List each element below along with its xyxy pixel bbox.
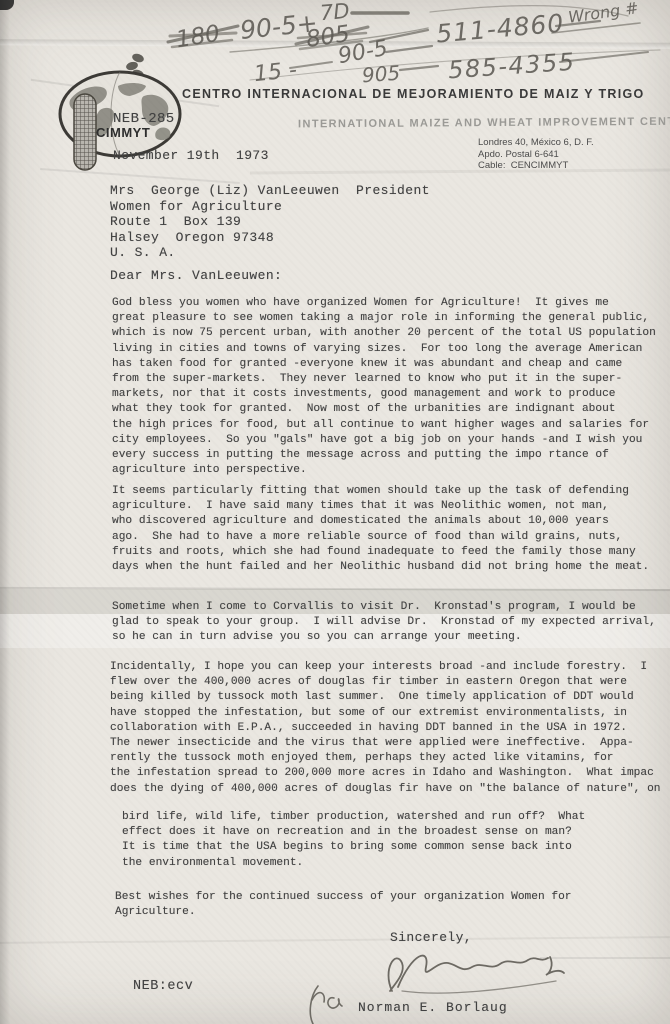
paragraph-4: Incidentally, I hope you can keep your i… xyxy=(110,660,668,797)
paragraph-6: Best wishes for the continued success of… xyxy=(115,890,655,920)
org-name-spanish: CENTRO INTERNACIONAL DE MEJORAMIENTO DE … xyxy=(182,87,645,101)
pencil-number-5: 905 xyxy=(361,61,401,88)
paragraph-2: It seems particularly fitting that women… xyxy=(112,484,664,575)
recipient-address-block: Mrs George (Liz) VanLeeuwen President Wo… xyxy=(110,183,430,261)
paragraph-5: bird life, wild life, timber production,… xyxy=(122,810,662,871)
pencil-crossed-number-1: 180 xyxy=(174,21,221,54)
org-name-english: INTERNATIONAL MAIZE AND WHEAT IMPROVEMEN… xyxy=(298,116,670,131)
pencil-phone-2: 585-4355 xyxy=(447,48,576,85)
scanned-letter-page: 180 90-5+ 7D 805 511-4860 Wrong # 15 - 9… xyxy=(0,0,670,1024)
letterhead-contact-block: Londres 40, México 6, D. F. Apdo. Postal… xyxy=(478,137,594,172)
salutation: Dear Mrs. VanLeeuwen: xyxy=(110,268,282,284)
crease-line xyxy=(0,936,670,944)
typist-initials: NEB:ecv xyxy=(133,979,193,994)
pencil-wrong-note: Wrong # xyxy=(567,0,640,27)
signature xyxy=(378,945,618,1003)
signer-hand-mark xyxy=(300,984,360,1024)
pencil-number-3: 15 - xyxy=(253,58,298,87)
letter-date: November 19th 1973 xyxy=(113,148,269,164)
paragraph-3: Sometime when I come to Corvallis to vis… xyxy=(112,600,664,646)
signed-name: Norman E. Borlaug xyxy=(358,1000,508,1016)
left-edge-shadow xyxy=(0,0,10,1024)
closing: Sincerely, xyxy=(390,930,472,946)
cimmyt-logo-label: CIMMYT xyxy=(96,125,150,140)
crease-line xyxy=(250,169,670,175)
pencil-phone-wrong: 511-4860 xyxy=(435,8,565,48)
paragraph-1: God bless you women who have organized W… xyxy=(112,296,664,478)
crease-line xyxy=(0,587,670,591)
top-left-smudge xyxy=(0,0,14,10)
